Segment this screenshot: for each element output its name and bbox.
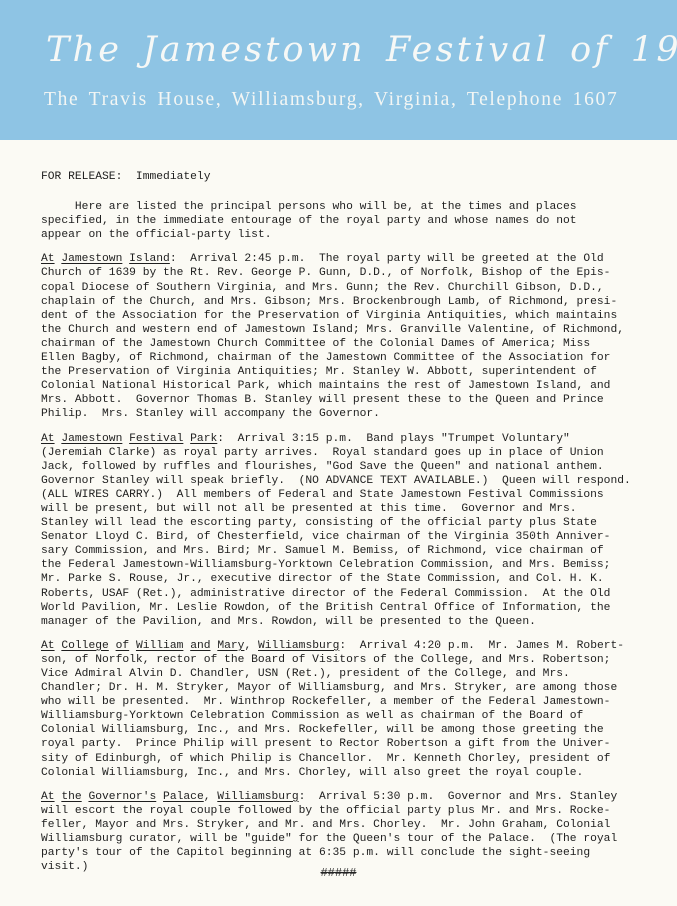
- spacer: [41, 192, 661, 200]
- text-line: (ALL WIRES CARRY.) All members of Federa…: [41, 488, 661, 502]
- schedule-section: At College of William and Mary, Williams…: [41, 639, 661, 780]
- heading-word: Park: [190, 433, 217, 445]
- text-line: Williamsburg curator, will be "guide" fo…: [41, 832, 661, 846]
- intro-paragraph: Here are listed the principal persons wh…: [41, 192, 661, 242]
- schedule-section: At Jamestown Island: Arrival 2:45 p.m. T…: [41, 252, 661, 421]
- text-line: feller, Mayor and Mrs. Stryker, and Mr. …: [41, 818, 661, 832]
- release-label: FOR RELEASE:: [41, 171, 122, 183]
- heading-word: the: [61, 791, 81, 803]
- section-heading-line: At Jamestown Festival Park: Arrival 3:15…: [41, 432, 661, 446]
- text-line: copal Diocese of Southern Virginia, and …: [41, 281, 661, 295]
- release-line: FOR RELEASE: Immediately: [41, 170, 661, 184]
- text-line: (Jeremiah Clarke) as royal party arrives…: [41, 446, 661, 460]
- heading-word: and: [190, 640, 210, 652]
- release-value: Immediately: [136, 171, 211, 183]
- text-line: specified, in the immediate entourage of…: [41, 214, 661, 228]
- letterhead-title: The Jamestown Festival of 1957: [46, 30, 677, 70]
- text-line: manager of the Pavilion, and Mrs. Rowdon…: [41, 615, 661, 629]
- heading-word: Jamestown: [61, 253, 122, 265]
- heading-word: Jamestown: [61, 433, 122, 445]
- text-line: Mr. Parke S. Rouse, Jr., executive direc…: [41, 572, 661, 586]
- heading-lead: : Arrival 2:45 p.m. The royal party will…: [170, 253, 604, 265]
- spacer: [41, 242, 661, 252]
- text-line: Vice Admiral Alvin D. Chandler, USN (Ret…: [41, 667, 661, 681]
- text-line: Philip. Mrs. Stanley will accompany the …: [41, 407, 661, 421]
- text-line: Mrs. Abbott. Governor Thomas B. Stanley …: [41, 393, 661, 407]
- text-line: Ellen Bagby, of Richmond, chairman of th…: [41, 351, 661, 365]
- letterhead-banner: The Jamestown Festival of 1957 The Travi…: [0, 0, 677, 140]
- text-line: the Preservation of Virginia Antiquities…: [41, 365, 661, 379]
- text-line: the Church and western end of Jamestown …: [41, 323, 661, 337]
- text-line: Stanley will lead the escorting party, c…: [41, 516, 661, 530]
- text-line: Chandler; Dr. H. M. Stryker, Mayor of Wi…: [41, 681, 661, 695]
- heading-word: Governor's: [88, 791, 156, 803]
- heading-word: At: [41, 433, 55, 445]
- text-line: the Federal Jamestown-Williamsburg-Yorkt…: [41, 558, 661, 572]
- text-line: who will be presented. Mr. Winthrop Rock…: [41, 695, 661, 709]
- text-line: sary Commission, and Mrs. Bird; Mr. Samu…: [41, 544, 661, 558]
- heading-word: Mary: [217, 640, 244, 652]
- spacer: [41, 780, 661, 790]
- heading-lead: : Arrival 3:15 p.m. Band plays "Trumpet …: [217, 433, 570, 445]
- heading-word: Festival: [129, 433, 183, 445]
- press-release-body: FOR RELEASE: Immediately Here are listed…: [41, 170, 661, 874]
- text-line: World Pavilion, Mr. Leslie Rowdon, of th…: [41, 601, 661, 615]
- text-line: Here are listed the principal persons wh…: [41, 200, 661, 214]
- spacer: [41, 422, 661, 432]
- heading-word: Williamsburg: [258, 640, 339, 652]
- text-line: Colonial Williamsburg, Inc., and Mrs. Ro…: [41, 723, 661, 737]
- text-line: party's tour of the Capitol beginning at…: [41, 846, 661, 860]
- text-line: Jack, followed by ruffles and flourishes…: [41, 460, 661, 474]
- heading-word: At: [41, 640, 55, 652]
- heading-word: College: [61, 640, 108, 652]
- section-heading-line: At Jamestown Island: Arrival 2:45 p.m. T…: [41, 252, 661, 266]
- letterhead-address: The Travis House, Williamsburg, Virginia…: [44, 89, 618, 111]
- heading-word: of: [116, 640, 130, 652]
- text-line: Colonial Williamsburg, Inc., and Mrs. Ch…: [41, 766, 661, 780]
- text-line: Colonial National Historical Park, which…: [41, 379, 661, 393]
- text-line: Governor Stanley will speak briefly. (NO…: [41, 474, 661, 488]
- heading-word: Williamsburg: [217, 791, 298, 803]
- end-mark: #####: [0, 866, 677, 880]
- heading-lead: : Arrival 5:30 p.m. Governor and Mrs. St…: [299, 791, 618, 803]
- spacer: [41, 629, 661, 639]
- heading-word: Palace: [163, 791, 204, 803]
- section-heading-line: At College of William and Mary, Williams…: [41, 639, 661, 653]
- text-line: son, of Norfolk, rector of the Board of …: [41, 653, 661, 667]
- text-line: Williamsburg-Yorktown Celebration Commis…: [41, 709, 661, 723]
- text-line: sity of Edinburgh, of which Philip is Ch…: [41, 752, 661, 766]
- text-line: Roberts, USAF (Ret.), administrative dir…: [41, 587, 661, 601]
- schedule-sections: At Jamestown Island: Arrival 2:45 p.m. T…: [41, 242, 661, 874]
- text-line: dent of the Association for the Preserva…: [41, 309, 661, 323]
- schedule-section: At the Governor's Palace, Williamsburg: …: [41, 790, 661, 875]
- text-line: chairman of the Jamestown Church Committ…: [41, 337, 661, 351]
- heading-word: William: [136, 640, 183, 652]
- heading-word: At: [41, 791, 55, 803]
- heading-lead: : Arrival 4:20 p.m. Mr. James M. Robert-: [339, 640, 624, 652]
- text-line: Church of 1639 by the Rt. Rev. George P.…: [41, 266, 661, 280]
- text-line: appear on the official-party list.: [41, 228, 661, 242]
- text-line: will escort the royal couple followed by…: [41, 804, 661, 818]
- schedule-section: At Jamestown Festival Park: Arrival 3:15…: [41, 432, 661, 629]
- section-heading-line: At the Governor's Palace, Williamsburg: …: [41, 790, 661, 804]
- heading-word: Island: [129, 253, 170, 265]
- text-line: Senator Lloyd C. Bird, of Chesterfield, …: [41, 530, 661, 544]
- heading-word: At: [41, 253, 55, 265]
- text-line: will be present, but will not all be pre…: [41, 502, 661, 516]
- text-line: chaplain of the Church, and Mrs. Gibson;…: [41, 295, 661, 309]
- text-line: royal party. Prince Philip will present …: [41, 737, 661, 751]
